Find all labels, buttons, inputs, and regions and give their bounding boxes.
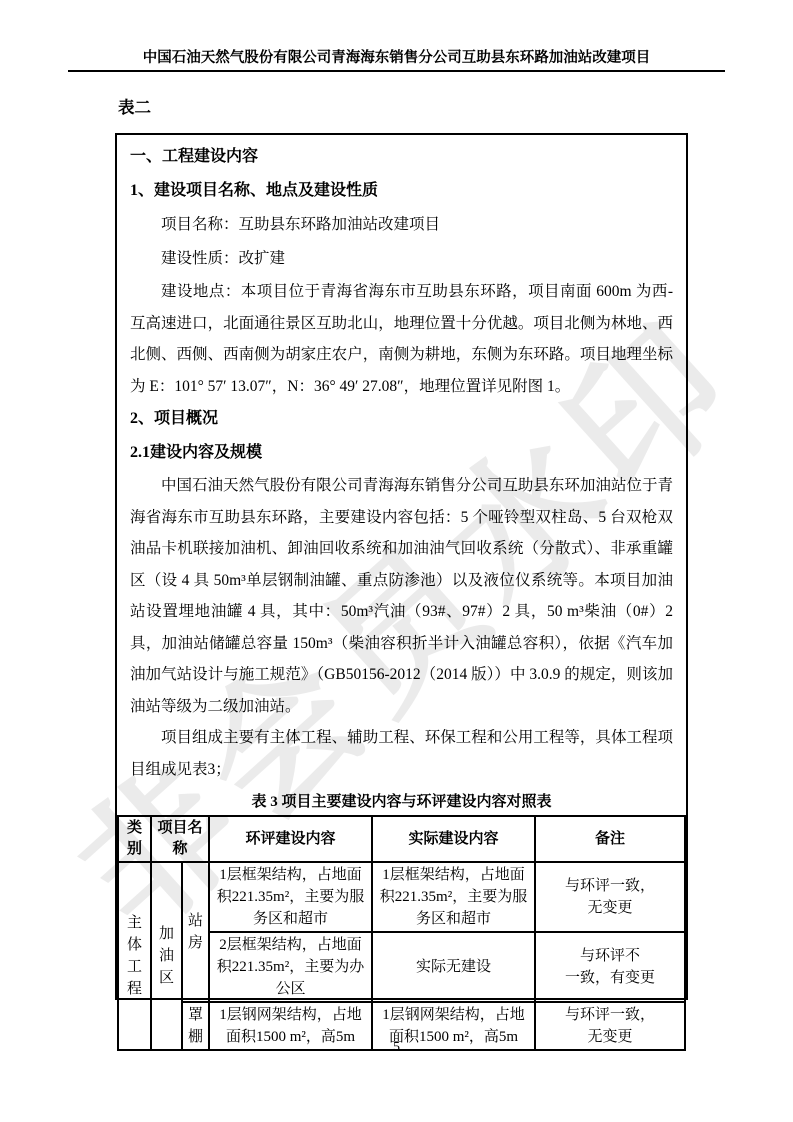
header-actual-content: 实际建设内容: [372, 816, 535, 862]
table-header-row: 类别 项目名称 环评建设内容 实际建设内容 备注: [118, 816, 685, 862]
cell-group-refueling-area: 加油区: [151, 862, 182, 1050]
document-header-title: 中国石油天然气股份有限公司青海海东销售分公司互助县东环路加油站改建项目: [0, 46, 793, 67]
overview-paragraph: 中国石油天然气股份有限公司青海海东销售分公司互助县东环加油站位于青海省海东市互助…: [130, 470, 673, 722]
page-number: 5: [0, 1040, 793, 1056]
cell-remark-row1: 与环评一致， 无变更: [535, 862, 685, 932]
text-area: 一、工程建设内容 1、建设项目名称、地点及建设性质 项目名称：互助县东环路加油站…: [117, 135, 686, 815]
cell-category-main-works: 主体工程: [118, 862, 151, 1050]
header-project-name: 项目名称: [151, 816, 209, 862]
cell-eia-row2: 2层框架结构，占地面积221.35m²，主要为办公区: [209, 932, 372, 1002]
main-border-box: 一、工程建设内容 1、建设项目名称、地点及建设性质 项目名称：互助县东环路加油站…: [115, 133, 688, 1000]
header-eia-content: 环评建设内容: [209, 816, 372, 862]
subsection-heading-project-overview: 2、项目概况: [130, 402, 673, 436]
project-name-line: 项目名称：互助县东环路加油站改建项目: [130, 208, 673, 242]
section-heading-construction-content: 一、工程建设内容: [130, 140, 673, 174]
table3-comparison-table: 类别 项目名称 环评建设内容 实际建设内容 备注 主体工程 加油区 站房 1层框…: [117, 815, 686, 1051]
form-sheet-label: 表二: [118, 94, 151, 118]
subsection-heading-scale: 2.1建设内容及规模: [130, 436, 673, 470]
cell-remark-row2: 与环评不 一致，有变更: [535, 932, 685, 1002]
header-divider-line: [68, 70, 725, 72]
header-remark: 备注: [535, 816, 685, 862]
cell-actual-row1: 1层框架结构，占地面积221.35m²，主要为服务区和超市: [372, 862, 535, 932]
table3-title: 表 3 项目主要建设内容与环评建设内容对照表: [130, 792, 673, 812]
table-row: 主体工程 加油区 站房 1层框架结构，占地面积221.35m²，主要为服务区和超…: [118, 862, 685, 932]
cell-eia-row1: 1层框架结构，占地面积221.35m²，主要为服务区和超市: [209, 862, 372, 932]
location-paragraph: 建设地点：本项目位于青海省海东市互助县东环路，项目南面 600m 为西-互高速进…: [130, 276, 673, 402]
construction-nature-line: 建设性质：改扩建: [130, 242, 673, 276]
subsection-heading-name-location-nature: 1、建设项目名称、地点及建设性质: [130, 174, 673, 208]
header-category: 类别: [118, 816, 151, 862]
cell-actual-row2: 实际无建设: [372, 932, 535, 1002]
cell-name-station-building: 站房: [182, 862, 209, 1002]
composition-paragraph: 项目组成主要有主体工程、辅助工程、环保工程和公用工程等，具体工程项目组成见表3；: [130, 722, 673, 785]
